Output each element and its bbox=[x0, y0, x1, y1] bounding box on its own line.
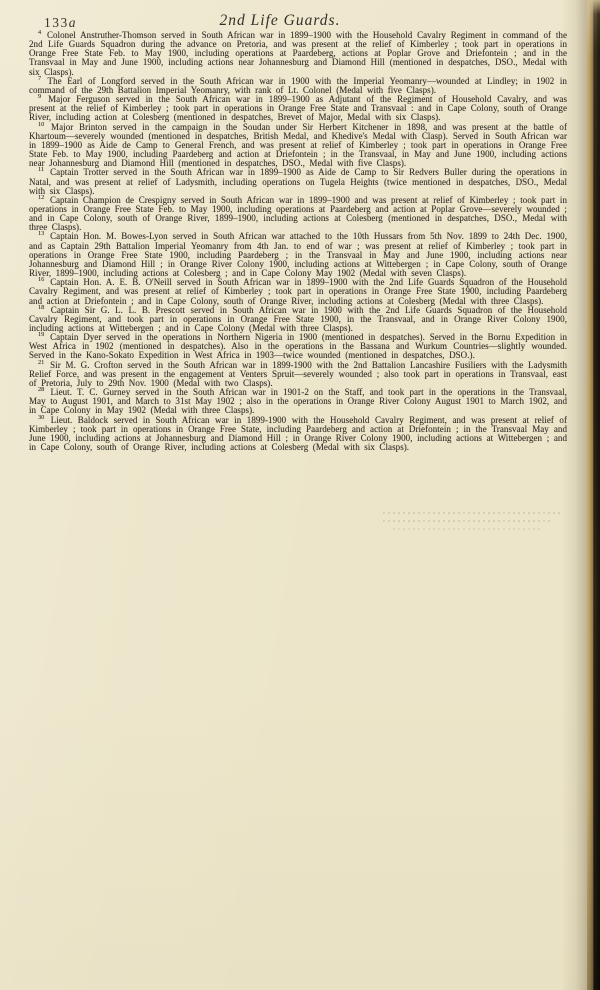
page-curve-shadow bbox=[561, 0, 587, 990]
footnote-text: The Earl of Longford served in the South… bbox=[29, 76, 567, 95]
footnote-text: Major Brinton served in the campaign in … bbox=[29, 122, 567, 169]
show-through-ghosting bbox=[383, 512, 563, 536]
footnote: 7 The Earl of Longford served in the Sou… bbox=[29, 77, 567, 95]
footnote: 21 Sir M. G. Crofton served in the South… bbox=[29, 361, 567, 388]
footnote-text: Captain Trotter served in the South Afri… bbox=[29, 167, 567, 195]
footnote: 12 Captain Champion de Crespigny served … bbox=[29, 196, 567, 233]
footnote: 9 Major Ferguson served in the South Afr… bbox=[29, 95, 567, 122]
footnote: 28 Lieut. T. C. Gurney served in the Sou… bbox=[29, 388, 567, 415]
footnote: 30 Lieut. Baldock served in South Africa… bbox=[29, 416, 567, 453]
footnote-text: Major Ferguson served in the South Afric… bbox=[29, 94, 567, 122]
footnote: 11 Captain Trotter served in the South A… bbox=[29, 168, 567, 195]
footnote-text: Captain Hon. A. E. B. O'Neill served in … bbox=[29, 277, 567, 305]
footnote-text: Captain Dyer served in the operations in… bbox=[29, 332, 567, 360]
footnote-text: Captain Champion de Crespigny served in … bbox=[29, 195, 567, 232]
footnote-text: Captain Sir G. L. L. B. Prescott served … bbox=[29, 305, 567, 333]
book-binding-edge bbox=[593, 0, 600, 990]
footnote-text: Lieut. T. C. Gurney served in the South … bbox=[29, 387, 567, 415]
corner-highlight bbox=[589, 0, 600, 14]
footnote: 16 Captain Hon. A. E. B. O'Neill served … bbox=[29, 278, 567, 305]
footnote-text: Colonel Anstruther-Thomson served in Sou… bbox=[29, 30, 567, 77]
footnote: 10 Major Brinton served in the campaign … bbox=[29, 123, 567, 169]
page-title: 2nd Life Guards. bbox=[0, 12, 560, 30]
footnote-text: Sir M. G. Crofton served in the South Af… bbox=[29, 360, 567, 388]
footnote: 19 Captain Dyer served in the operations… bbox=[29, 333, 567, 360]
ghost-line bbox=[383, 520, 553, 522]
footnotes: 4 Colonel Anstruther-Thomson served in S… bbox=[29, 31, 567, 452]
footnote: 4 Colonel Anstruther-Thomson served in S… bbox=[29, 31, 567, 77]
ghost-line bbox=[383, 512, 563, 514]
footnote-text: Lieut. Baldock served in South African w… bbox=[29, 415, 567, 452]
footnote: 13 Captain Hon. M. Bowes-Lyon served in … bbox=[29, 232, 567, 278]
footnote-text: Captain Hon. M. Bowes-Lyon served in Sou… bbox=[29, 231, 567, 278]
book-page: 133a 2nd Life Guards. 4 Colonel Anstruth… bbox=[0, 0, 600, 990]
footnote: 18 Captain Sir G. L. L. B. Prescott serv… bbox=[29, 306, 567, 333]
ghost-line bbox=[393, 528, 541, 530]
